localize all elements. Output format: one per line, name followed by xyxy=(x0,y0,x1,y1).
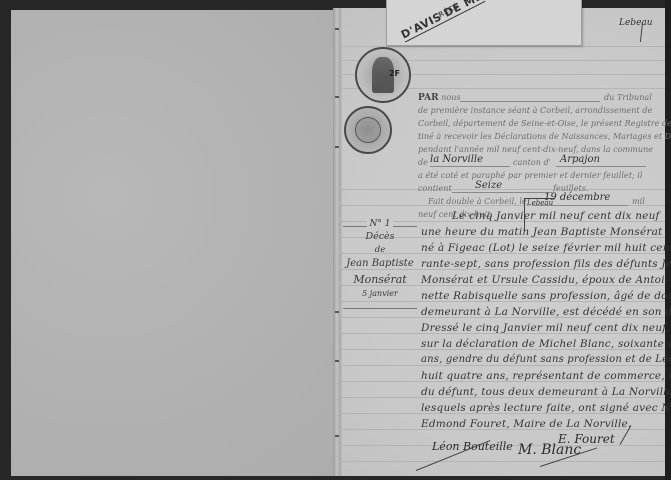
commune-name: la Norville xyxy=(430,154,483,165)
body-line: né à Figeac (Lot) le seize février mil h… xyxy=(421,242,671,254)
header-contient-prefix: contient xyxy=(418,183,452,193)
entry-date: 5 janvier xyxy=(343,289,417,298)
ruled-line xyxy=(342,189,665,190)
entry-first-name: Jean Baptiste xyxy=(343,258,417,269)
header-line-7: a été coté et paraphé par premier et der… xyxy=(418,170,642,180)
body-line: du défunt, tous deux demeurant à La Norv… xyxy=(421,386,671,398)
republique-francaise-stamp: 2F xyxy=(355,47,411,103)
header-fait-suffix: mil xyxy=(632,196,645,206)
canton-name: Arpajon xyxy=(560,154,600,165)
header-line-4: tiné à recevoir les Déclarations de Nais… xyxy=(418,131,671,141)
body-line: rante-sept, sans profession fils des déf… xyxy=(421,258,671,270)
header-line-5: pendant l'année mil neuf cent-dix-neuf, … xyxy=(418,144,653,154)
insert-annotation: Lebeau xyxy=(524,198,555,207)
body-line: une heure du matin Jean Baptiste Monséra… xyxy=(421,226,662,238)
header-line-3: Corbeil, département de Seine-et-Oise, l… xyxy=(418,118,671,128)
top-margin-annotation: Lebeau xyxy=(619,18,653,28)
header-commune-prefix: de xyxy=(418,157,428,167)
header-line-1-tail: du Tribunal xyxy=(604,92,652,102)
binding-stitch xyxy=(335,96,339,98)
ruled-line xyxy=(342,461,665,462)
margin-rule-bottom xyxy=(343,308,417,309)
ruled-line xyxy=(342,46,665,47)
ruled-line xyxy=(342,365,665,366)
binding-stitch xyxy=(335,28,339,30)
body-line: Edmond Fouret, Maire de La Norville. xyxy=(421,418,631,430)
binding-stitch xyxy=(335,311,339,313)
left-page-blank xyxy=(11,10,335,476)
page-count: Seize xyxy=(475,180,502,191)
entry-type: Décès xyxy=(343,231,417,242)
profile-head-icon xyxy=(355,117,381,143)
body-line: nette Rabisquelle sans profession, âgé d… xyxy=(421,290,671,302)
entry-de: de xyxy=(343,245,417,255)
body-line: Monsérat et Ursule Cassidu, époux de Ant… xyxy=(421,274,669,286)
body-line: demeurant à La Norville, est décédé en s… xyxy=(421,306,671,318)
blank-line xyxy=(452,192,552,193)
blank-line xyxy=(460,101,600,102)
timbre-extraordinaire-stamp xyxy=(344,106,392,154)
binding-stitch xyxy=(335,146,339,148)
scanned-register-spread: RÉCÉ D'AVIS DE ME Lebeau 2F PAR nous du … xyxy=(0,0,671,480)
entry-number: N° 1 xyxy=(343,219,417,229)
body-line: lesquels après lecture faite, ont signé … xyxy=(421,402,671,414)
blank-line xyxy=(430,166,510,167)
body-line: ans, gendre du défunt sans profession et… xyxy=(421,354,671,365)
blank-line xyxy=(556,166,646,167)
header-line-2: de première instance séant à Corbeil, ar… xyxy=(418,105,652,115)
body-line: sur la déclaration de Michel Blanc, soix… xyxy=(421,338,671,350)
binding-stitch xyxy=(335,360,339,362)
entry-last-name: Monsérat xyxy=(343,273,417,286)
stamp-value: 2F xyxy=(389,69,400,78)
slip-main-text: D'AVIS DE ME xyxy=(399,0,485,42)
body-line: Le cinq Janvier mil neuf cent dix neuf xyxy=(452,210,660,222)
header-canton-label: canton d' xyxy=(513,157,551,167)
binding-stitch xyxy=(335,435,339,437)
body-line: Dressé le cinq Janvier mil neuf cent dix… xyxy=(421,322,670,334)
header-fait-prefix: Fait double à Corbeil, le xyxy=(428,196,527,206)
header-line-1: PAR nous xyxy=(418,92,461,103)
notice-slip: RÉCÉ D'AVIS DE ME xyxy=(386,0,582,46)
body-line: huit quatre ans, représentant de commerc… xyxy=(421,370,671,382)
